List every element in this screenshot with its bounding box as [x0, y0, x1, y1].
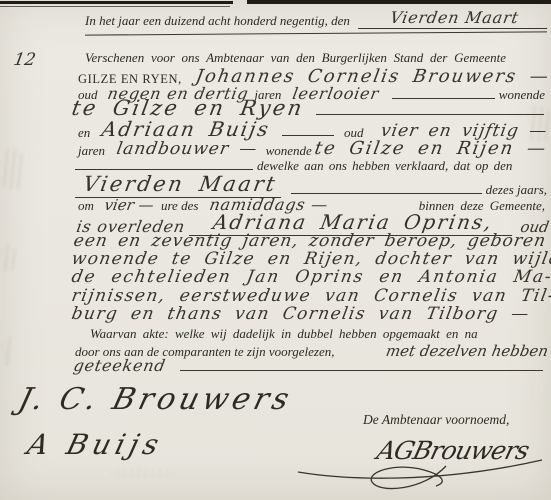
- printed-text: Verschenen voor ons Ambtenaar van den Bu…: [85, 50, 506, 66]
- declarant2-occupation: landbouwer —: [115, 139, 259, 159]
- handwritten-text: de echtelieden Jan Oprins en Antonia Ma-: [70, 267, 551, 287]
- ruled-line: [85, 31, 547, 35]
- bleed-through-mark: [0, 148, 24, 190]
- signature-declarant1: J. C. Brouwers: [15, 382, 296, 417]
- handwritten-text: geteekend: [72, 356, 167, 375]
- bleed-through-mark: [0, 244, 16, 272]
- parents-line-1: de echtelieden Jan Oprins en Antonia Ma-: [70, 267, 548, 287]
- handwritten-text: een en zeventig jaren, zonder beroep, ge…: [72, 231, 551, 251]
- closing-line-1: Waarvan akte: welke wij dadelijk in dubb…: [90, 326, 547, 342]
- printed-text: De Ambtenaar voornoemd,: [363, 412, 509, 428]
- appeared-line: Verschenen voor ons Ambtenaar van den Bu…: [85, 50, 545, 66]
- ruled-line: [282, 135, 334, 136]
- bleed-through-mark: [110, 468, 180, 478]
- declarant2-residence: te Gilze en Rijen —: [312, 138, 549, 159]
- ruled-line: [316, 114, 544, 115]
- death-certificate-scan: In het jaar een duizend acht honderd neg…: [0, 0, 551, 500]
- signature-flourish: [296, 448, 546, 496]
- printed-text: jaren: [78, 143, 105, 159]
- ruled-line: [180, 370, 543, 371]
- printed-text: wonende: [266, 143, 312, 159]
- printed-year-text: In het jaar een duizend acht honderd neg…: [85, 13, 350, 29]
- bleed-through-mark: [2, 336, 14, 366]
- deceased-age-line: een en zeventig jaren, zonder beroep, ge…: [72, 231, 548, 251]
- widow-line: burg en thans van Cornelis van Tilborg —: [70, 304, 548, 324]
- record-number: 12: [12, 50, 37, 70]
- handwritten-text: burg en thans van Cornelis van Tilborg —: [70, 304, 531, 324]
- declarant2-details-line: jaren landbouwer — wonende te Gilze en R…: [78, 138, 545, 159]
- handwritten-text: rijnissen, eerstweduwe van Cornelis van …: [70, 286, 551, 306]
- ruled-line: [75, 169, 253, 170]
- official-caption-line: De Ambtenaar voornoemd,: [363, 412, 509, 428]
- handwritten-text: wonende te Gilze en Rijen, dochter van w…: [70, 249, 551, 269]
- ruled-line: [291, 193, 482, 194]
- printed-text: Waarvan akte: welke wij dadelijk in dubb…: [90, 326, 478, 342]
- top-border-thin-line: [0, 6, 230, 7]
- top-border-segment-left: [0, 1, 233, 4]
- bleed-through-mark: [527, 106, 551, 142]
- header-line: In het jaar een duizend acht honderd neg…: [85, 8, 547, 29]
- parents-line-2: rijnissen, eerstweduwe van Cornelis van …: [70, 286, 548, 306]
- deceased-residence-line: wonende te Gilze en Rijen, dochter van w…: [70, 249, 548, 269]
- signature-declarant2: A Buijs: [24, 428, 167, 461]
- closing-line-3: geteekend: [72, 356, 547, 375]
- handwritten-date-entry: Vierden Maart: [358, 8, 551, 29]
- top-border-segment-right: [247, 0, 551, 4]
